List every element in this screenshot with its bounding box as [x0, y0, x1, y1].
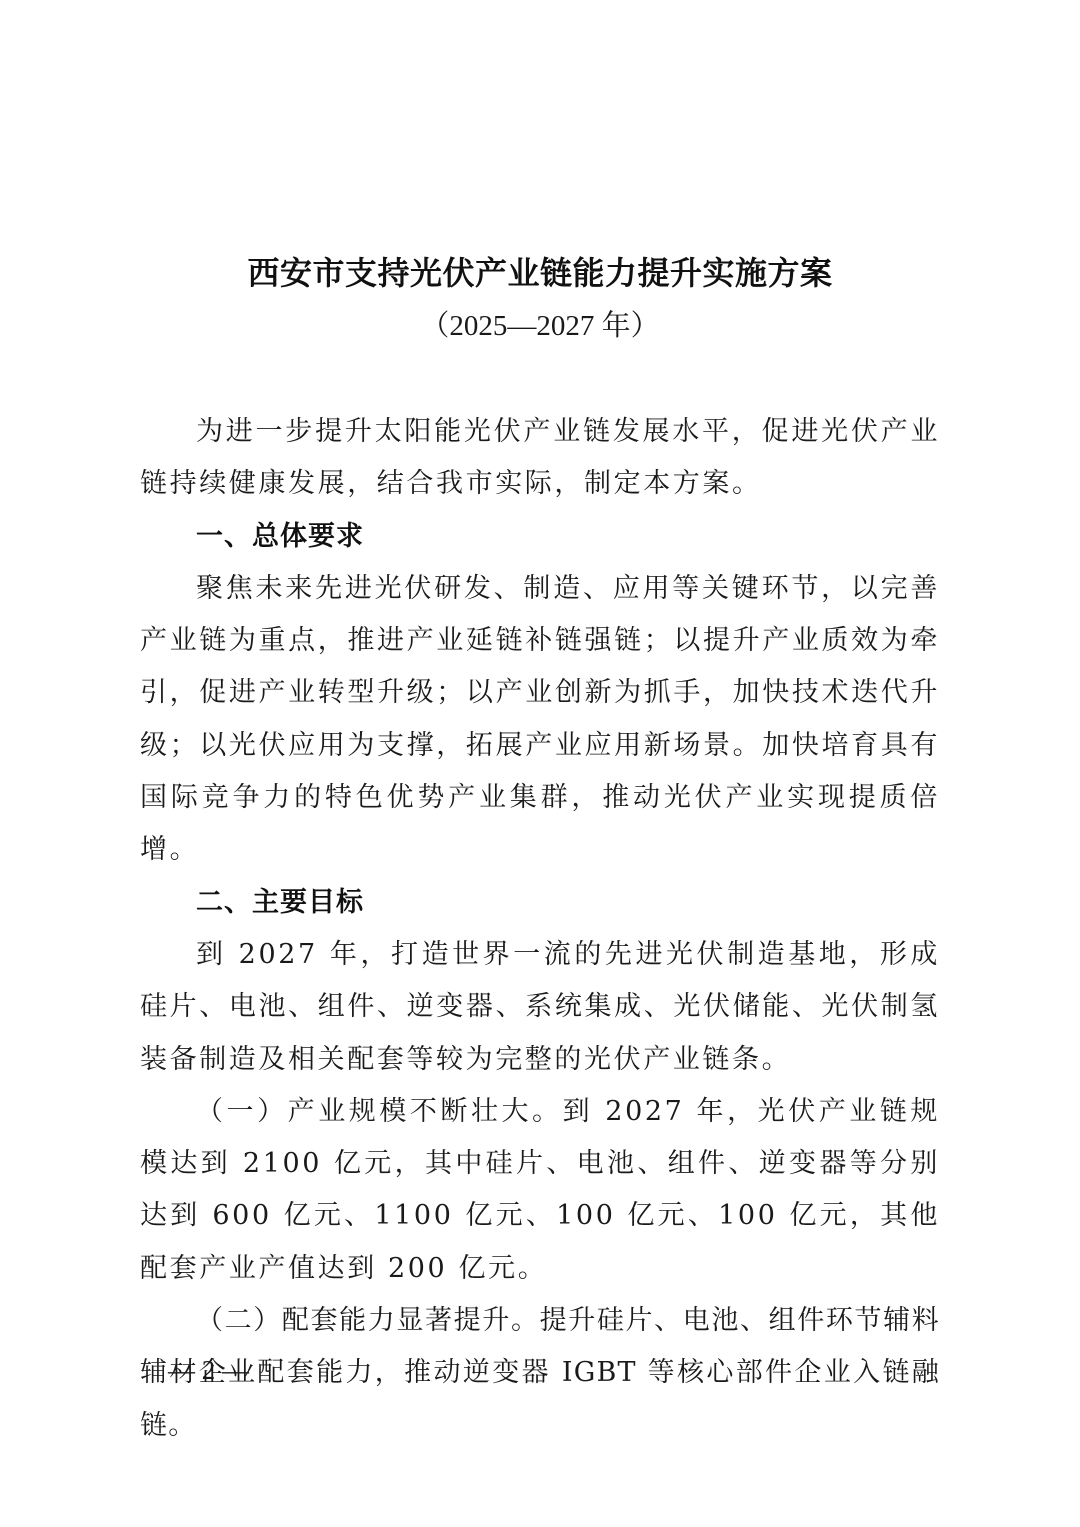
goal-industry-scale-paragraph: （一）产业规模不断壮大。到 2027 年，光伏产业链规模达到 2100 亿元，其… — [140, 1086, 940, 1295]
goal-supporting-capacity-paragraph: （二）配套能力显著提升。提升硅片、电池、组件环节辅料辅材企业配套能力，推动逆变器… — [140, 1295, 940, 1452]
document-body: 为进一步提升太阳能光伏产业链发展水平，促进光伏产业链持续健康发展，结合我市实际，… — [140, 406, 940, 1452]
document-subtitle: （2025—2027 年） — [0, 306, 1080, 346]
section-heading-general-requirements: 一、总体要求 — [140, 511, 940, 563]
main-goals-paragraph: 到 2027 年，打造世界一流的先进光伏制造基地，形成硅片、电池、组件、逆变器、… — [140, 929, 940, 1086]
document-title: 西安市支持光伏产业链能力提升实施方案 — [0, 248, 1080, 298]
page-number: — 2 — — [168, 1352, 249, 1388]
section-heading-main-goals: 二、主要目标 — [140, 877, 940, 929]
intro-paragraph: 为进一步提升太阳能光伏产业链发展水平，促进光伏产业链持续健康发展，结合我市实际，… — [140, 406, 940, 511]
general-requirements-paragraph: 聚焦未来先进光伏研发、制造、应用等关键环节，以完善产业链为重点，推进产业延链补链… — [140, 563, 940, 877]
document-page: 西安市支持光伏产业链能力提升实施方案 （2025—2027 年） 为进一步提升太… — [0, 0, 1080, 1527]
